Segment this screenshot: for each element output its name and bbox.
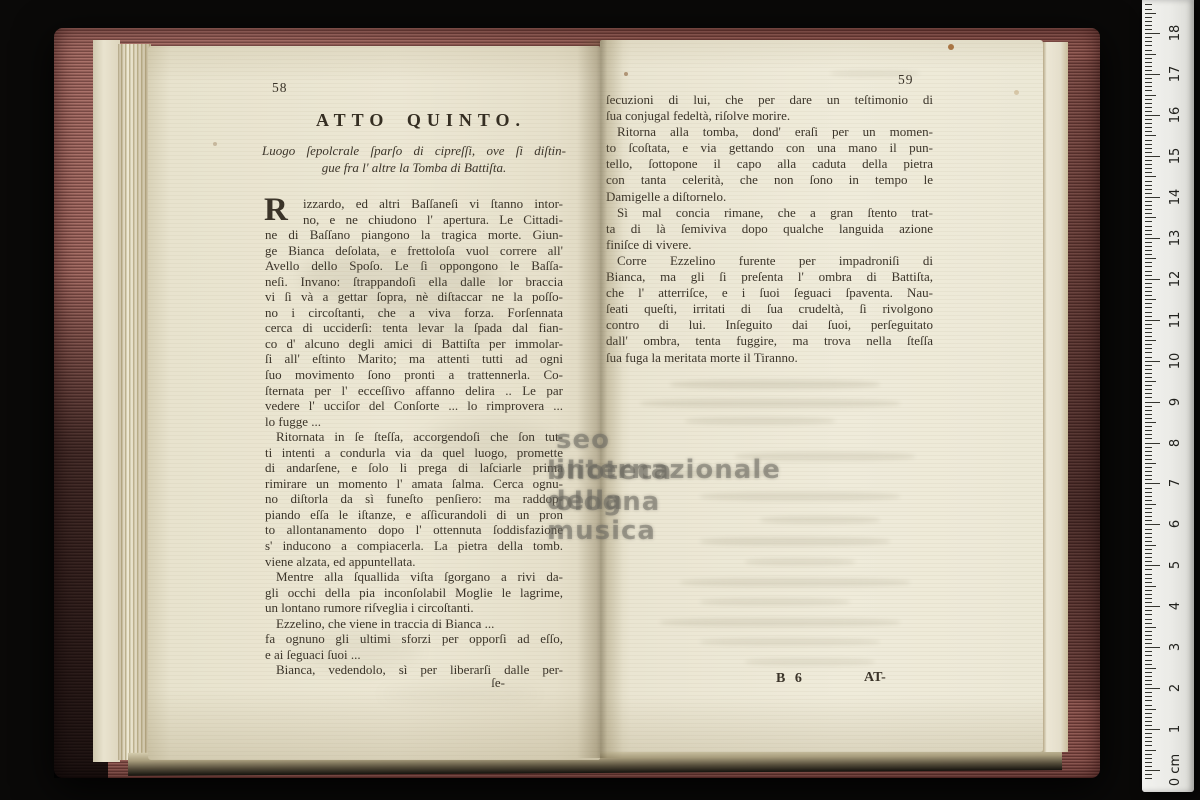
signature-mark: B 6 — [776, 671, 805, 687]
ghost-text-smudge — [745, 558, 855, 566]
ruler-tick — [1145, 488, 1152, 489]
page-edges-left — [118, 44, 151, 760]
text-line: viene alzata, ed appuntellata. — [265, 554, 563, 570]
ruler-tick — [1145, 144, 1152, 145]
ruler-tick — [1145, 287, 1152, 288]
ruler-tick — [1145, 148, 1152, 149]
ruler-tick — [1145, 778, 1152, 779]
ruler-tick — [1145, 549, 1152, 550]
ruler-tick — [1145, 733, 1152, 734]
ruler-tick — [1145, 406, 1152, 407]
text-line: cerca di ucciderſi: tenta levar la ſpada… — [265, 320, 563, 336]
ruler-tick — [1145, 324, 1152, 325]
ruler-tick — [1145, 271, 1152, 272]
ruler-tick — [1145, 729, 1160, 730]
ruler-tick — [1145, 316, 1152, 317]
ruler-tick — [1145, 95, 1156, 96]
foxing-speck — [213, 142, 217, 146]
ruler-tick — [1145, 410, 1152, 411]
ruler-tick — [1145, 33, 1160, 34]
ruler-tick — [1145, 127, 1152, 128]
ruler-tick — [1145, 455, 1152, 456]
ruler-tick — [1145, 496, 1152, 497]
ruler-tick — [1145, 512, 1152, 513]
ruler-tick — [1145, 25, 1152, 26]
ruler-tick — [1145, 250, 1152, 251]
ruler-tick — [1145, 140, 1152, 141]
text-line: to allontanamento dopo l' ottennuta ſodd… — [265, 522, 563, 538]
ruler-tick — [1145, 529, 1152, 530]
ruler-tick — [1145, 160, 1152, 161]
ruler-tick — [1145, 553, 1152, 554]
ruler-tick — [1145, 504, 1156, 505]
ghost-text-smudge — [680, 578, 910, 587]
text-line: piando eſſa le iſtanze, e aſſicurandoli … — [265, 507, 563, 523]
text-line: ti intenti a condurla via da quel luogo,… — [265, 445, 563, 461]
ruler-tick — [1145, 541, 1152, 542]
ghost-text-smudge — [685, 417, 835, 425]
ruler-tick — [1145, 467, 1152, 468]
ruler-tick — [1145, 70, 1152, 71]
ruler-tick — [1145, 422, 1156, 423]
ruler-tick — [1145, 361, 1160, 362]
ruler-tick — [1145, 520, 1152, 521]
ruler-tick — [1145, 66, 1152, 67]
ruler-number: 3 — [1163, 630, 1187, 664]
ruler-tick — [1145, 594, 1152, 595]
ruler-tick — [1145, 766, 1152, 767]
ruler-tick — [1145, 385, 1152, 386]
ruler-tick — [1145, 668, 1156, 669]
ruler-tick — [1145, 471, 1152, 472]
ghost-text-smudge — [660, 618, 900, 627]
ruler-tick — [1145, 508, 1152, 509]
ghost-text-smudge — [640, 399, 900, 408]
ruler-tick — [1145, 717, 1152, 718]
ruler-tick — [1145, 164, 1152, 165]
text-line: vi ſi và a gettar ſopra, nè diſtaccar ne… — [265, 289, 563, 305]
text-line: che l' atterriſce, e i ſuoi ſeguaci ſpav… — [606, 285, 933, 301]
ruler-tick — [1145, 762, 1152, 763]
ruler-tick — [1145, 770, 1160, 771]
ruler-tick — [1145, 582, 1152, 583]
ruler-tick — [1145, 328, 1152, 329]
text-line: rimirare un momento l' amata ſalma. Cerc… — [265, 476, 563, 492]
text-line: neſi. Invano: ſtrappandoſi ella dalle lo… — [265, 274, 563, 290]
ruler-tick — [1145, 90, 1152, 91]
text-line: e ai ſeguaci ſuoi ... — [265, 647, 563, 663]
stage-direction: Luogo ſepolcrale ſparſo di cipreſſi, ove… — [262, 143, 566, 176]
foxing-speck — [948, 44, 954, 50]
ruler-number: 12 — [1163, 262, 1187, 296]
ruler-tick — [1145, 758, 1152, 759]
text-line: fa ognuno gli ultimi sforzi per opporſi … — [265, 631, 563, 647]
ruler-tick — [1145, 17, 1152, 18]
ruler-tick — [1145, 578, 1152, 579]
text-line: no, e ne chiudono l' apertura. Le Cittad… — [265, 212, 563, 228]
ruler-tick — [1145, 291, 1152, 292]
ruler-tick — [1145, 750, 1156, 751]
ruler-tick — [1145, 561, 1152, 562]
text-line: Ritorna alla tomba, dond' eraſi per un m… — [606, 124, 933, 140]
ruler-tick — [1145, 631, 1152, 632]
ruler-tick — [1145, 741, 1152, 742]
text-line: lo fugge ... — [265, 414, 563, 430]
catchword-right: AT- — [864, 670, 886, 686]
ruler-tick — [1145, 606, 1160, 607]
ruler-tick — [1145, 516, 1152, 517]
ruler-tick — [1145, 21, 1152, 22]
ruler-tick — [1145, 172, 1152, 173]
ruler-tick — [1145, 557, 1152, 558]
text-line: ne di Baſſano piangono la tragica morte.… — [265, 227, 563, 243]
ghost-text-smudge — [700, 598, 850, 606]
ruler-tick — [1145, 610, 1152, 611]
ruler-tick — [1145, 242, 1152, 243]
ruler-tick — [1145, 119, 1152, 120]
ruler-tick — [1145, 352, 1152, 353]
ruler-tick — [1145, 193, 1152, 194]
ruler-tick — [1145, 295, 1152, 296]
text-line: gli occhi della pia inconſolabil Moglie … — [265, 585, 563, 601]
ruler-tick — [1145, 475, 1152, 476]
ruler-tick — [1145, 62, 1152, 63]
catchword-left: ſe- — [265, 675, 563, 691]
ruler-tick — [1145, 569, 1152, 570]
flyleaf-edge-right — [1043, 42, 1068, 752]
ruler-tick — [1145, 279, 1160, 280]
ruler-tick — [1145, 336, 1152, 337]
foxing-speck — [624, 72, 628, 76]
ruler-tick — [1145, 357, 1152, 358]
ruler-tick — [1145, 226, 1152, 227]
ruler-tick — [1145, 103, 1152, 104]
ruler-number: 6 — [1163, 507, 1187, 541]
ruler-tick — [1145, 705, 1152, 706]
ruler-tick — [1145, 13, 1156, 14]
stage-direction-line: gue fra l' altre la Tomba di Battiſta. — [262, 160, 566, 177]
ruler-tick — [1145, 590, 1152, 591]
ruler-tick — [1145, 647, 1160, 648]
text-line: ge Bianca deſolata, e frettoloſa vuol co… — [265, 243, 563, 259]
ruler-tick — [1145, 574, 1152, 575]
text-line: Corre Ezzelino furente per impadroniſi d… — [606, 253, 933, 269]
ruler-tick — [1145, 283, 1152, 284]
page-number-right: 59 — [898, 72, 914, 88]
ruler-tick — [1145, 426, 1152, 427]
text-line: Bianca, ma gli ſi preſenta l' ombra di B… — [606, 269, 933, 285]
ruler-tick — [1145, 156, 1160, 157]
ruler-tick — [1145, 185, 1152, 186]
ruler-tick — [1145, 672, 1152, 673]
ruler-tick — [1145, 684, 1152, 685]
flyleaf-edge-left — [93, 40, 120, 762]
ruler-number: 5 — [1163, 548, 1187, 582]
ruler-tick — [1145, 565, 1160, 566]
ruler-number: 13 — [1163, 221, 1187, 255]
ghost-text-smudge — [700, 638, 880, 646]
ruler-tick — [1145, 307, 1152, 308]
ruler-tick — [1145, 189, 1152, 190]
left-page-body: izzardo, ed altri Baſſaneſi vi ſtanno in… — [265, 196, 563, 678]
text-line: ſecuzioni di lui, che per dare un teſtim… — [606, 92, 933, 108]
text-line: ſeati queſti, irritati di ſua crudeltà, … — [606, 301, 933, 317]
ruler-tick — [1145, 500, 1152, 501]
ruler-tick — [1145, 754, 1152, 755]
ruler-tick — [1145, 37, 1152, 38]
stage-direction-line: Luogo ſepolcrale ſparſo di cipreſſi, ove… — [262, 143, 566, 160]
ruler-tick — [1145, 365, 1152, 366]
ruler-tick — [1145, 586, 1156, 587]
ruler-tick — [1145, 774, 1152, 775]
ruler-tick — [1145, 115, 1160, 116]
ruler-tick — [1145, 537, 1152, 538]
ruler-tick — [1145, 266, 1152, 267]
ruler-tick — [1145, 213, 1152, 214]
ruler-tick — [1145, 651, 1152, 652]
ruler-tick — [1145, 123, 1152, 124]
ruler-tick — [1145, 533, 1152, 534]
ruler-tick — [1145, 709, 1156, 710]
ruler-tick — [1145, 393, 1152, 394]
right-page-body: ſecuzioni di lui, che per dare un teſtim… — [606, 92, 933, 366]
text-line: ſternata per l' ecceſſivo affanno delira… — [265, 383, 563, 399]
ghost-text-smudge — [655, 470, 775, 478]
ruler-tick — [1145, 660, 1152, 661]
ruler-number: 11 — [1163, 303, 1187, 337]
ruler-tick — [1145, 430, 1152, 431]
ruler-tick — [1145, 246, 1152, 247]
ruler-number: 7 — [1163, 466, 1187, 500]
ruler-tick — [1145, 152, 1152, 153]
ruler-tick — [1145, 700, 1152, 701]
ruler-tick — [1145, 54, 1156, 55]
ruler-tick — [1145, 181, 1152, 182]
ruler-tick — [1145, 397, 1152, 398]
ruler-tick — [1145, 737, 1152, 738]
ruler: 0 cm123456789101112131415161718 — [1142, 0, 1194, 792]
ruler-tick — [1145, 332, 1152, 333]
ruler-number: 2 — [1163, 671, 1187, 705]
ruler-tick — [1145, 312, 1152, 313]
ruler-tick — [1145, 373, 1152, 374]
foxing-speck — [1014, 90, 1019, 95]
ruler-number: 9 — [1163, 385, 1187, 419]
ruler-tick — [1145, 201, 1152, 202]
ghost-text-smudge — [700, 537, 890, 546]
ruler-tick — [1145, 275, 1152, 276]
ruler-tick — [1145, 443, 1160, 444]
text-line: Ritornata in ſe ſteſſa, accorgendoſi che… — [265, 429, 563, 445]
ruler-tick — [1145, 111, 1152, 112]
text-line: Damigelle a diſtornelo. — [606, 189, 933, 205]
ruler-tick — [1145, 434, 1152, 435]
ruler-tick — [1145, 303, 1152, 304]
ruler-tick — [1145, 459, 1152, 460]
text-line: ta di là ſemiviva dopo qualche languida … — [606, 221, 933, 237]
ruler-number: 15 — [1163, 139, 1187, 173]
ruler-tick — [1145, 598, 1152, 599]
ruler-tick — [1145, 619, 1152, 620]
ruler-tick — [1145, 58, 1152, 59]
ruler-tick — [1145, 344, 1152, 345]
ruler-tick — [1145, 745, 1152, 746]
text-line: con tanta celerità, che non ſono in temp… — [606, 172, 933, 188]
ghost-text-smudge — [760, 516, 880, 524]
ruler-tick — [1145, 4, 1152, 5]
ruler-number: 16 — [1163, 98, 1187, 132]
ruler-tick — [1145, 696, 1152, 697]
ruler-tick — [1145, 483, 1160, 484]
photo-scene: 58 ATTO QUINTO. Luogo ſepolcrale ſparſo … — [0, 0, 1200, 800]
ruler-number: 4 — [1163, 589, 1187, 623]
ruler-tick — [1145, 451, 1152, 452]
ruler-tick — [1145, 639, 1152, 640]
text-line: Avello dello Spoſo. Le ſi oppongono le B… — [265, 258, 563, 274]
ghost-text-smudge — [735, 452, 915, 461]
ruler-tick — [1145, 197, 1160, 198]
ruler-number: 1 — [1163, 712, 1187, 746]
ruler-number: 14 — [1163, 180, 1187, 214]
ruler-tick — [1145, 614, 1152, 615]
ruler-tick — [1145, 176, 1156, 177]
ruler-tick — [1145, 82, 1152, 83]
ruler-tick — [1145, 627, 1156, 628]
ruler-tick — [1145, 99, 1152, 100]
ruler-tick — [1145, 725, 1152, 726]
ruler-tick — [1145, 262, 1152, 263]
ruler-tick — [1145, 643, 1152, 644]
ruler-tick — [1145, 320, 1160, 321]
ruler-tick — [1145, 602, 1152, 603]
right-page: 59 ſecuzioni di lui, che per dare un teſ… — [600, 40, 1043, 752]
ruler-tick — [1145, 381, 1156, 382]
text-line: un lontano rumore riſveglia i circoſtant… — [265, 600, 563, 616]
ruler-number: 10 — [1163, 344, 1187, 378]
ruler-tick — [1145, 45, 1152, 46]
ruler-tick — [1145, 389, 1152, 390]
ruler-tick — [1145, 545, 1156, 546]
act-heading: ATTO QUINTO. — [270, 110, 572, 131]
ruler-tick — [1145, 414, 1152, 415]
ruler-tick — [1145, 664, 1152, 665]
ruler-tick — [1145, 50, 1152, 51]
ghost-text-smudge — [745, 658, 875, 666]
ghost-text-smudge — [670, 380, 880, 389]
ruler-tick — [1145, 447, 1152, 448]
ruler-tick — [1145, 258, 1156, 259]
page-number-left: 58 — [272, 80, 288, 96]
text-line: no diſtorla da sì funeſto penſiero: ma r… — [265, 491, 563, 507]
cover-shadow-right — [1062, 60, 1102, 700]
text-line: ſua fuga la meritata morte il Tiranno. — [606, 350, 933, 366]
ruler-tick — [1145, 107, 1152, 108]
ruler-tick — [1145, 209, 1152, 210]
text-line: dall' ombra, tenta fuggire, ma trova nel… — [606, 333, 933, 349]
ruler-tick — [1145, 377, 1152, 378]
ruler-tick — [1145, 524, 1160, 525]
ruler-tick — [1145, 369, 1152, 370]
ruler-number: 18 — [1163, 16, 1187, 50]
ruler-tick — [1145, 479, 1152, 480]
text-line: co d' alcuno degli amici di Battiſta per… — [265, 336, 563, 352]
ruler-number: 0 cm — [1163, 753, 1187, 787]
text-line: ſuo movimento ſono pronti a trattennerla… — [265, 367, 563, 383]
ruler-tick — [1145, 221, 1152, 222]
ruler-tick — [1145, 205, 1152, 206]
text-line: ſi all' eſtinto Marito; ma attenti tutti… — [265, 351, 563, 367]
text-line: Ezzelino, che viene in traccia di Bianca… — [265, 616, 563, 632]
text-line: s' inducono a compiacerla. La pietra del… — [265, 538, 563, 554]
ruler-tick — [1145, 348, 1152, 349]
ghost-text-smudge — [700, 492, 900, 501]
ruler-tick — [1145, 234, 1152, 235]
ruler-tick — [1145, 238, 1160, 239]
ruler-tick — [1145, 418, 1152, 419]
ruler-tick — [1145, 135, 1156, 136]
ruler-tick — [1145, 78, 1152, 79]
ruler-tick — [1145, 9, 1152, 10]
text-line: izzardo, ed altri Baſſaneſi vi ſtanno in… — [265, 196, 563, 212]
ruler-tick — [1145, 692, 1152, 693]
ruler-tick — [1145, 131, 1152, 132]
text-line: Mentre alla ſquallida viſta ſgorgano a r… — [265, 569, 563, 585]
ruler-tick — [1145, 86, 1152, 87]
ruler-number: 8 — [1163, 426, 1187, 460]
ruler-tick — [1145, 463, 1156, 464]
text-line: di andarſene, e ſolo li prega di laſciar… — [265, 460, 563, 476]
ruler-tick — [1145, 29, 1152, 30]
ruler-tick — [1145, 713, 1152, 714]
text-line: ſua conjugal fedeltà, riſolve morire. — [606, 108, 933, 124]
ruler-tick — [1145, 635, 1152, 636]
ruler-tick — [1145, 721, 1152, 722]
ruler-tick — [1145, 41, 1152, 42]
ruler-tick — [1145, 676, 1152, 677]
ruler-number: 17 — [1163, 57, 1187, 91]
text-line: finiſce di vivere. — [606, 237, 933, 253]
ruler-tick — [1145, 492, 1152, 493]
ruler-tick — [1145, 299, 1156, 300]
ruler-tick — [1145, 655, 1152, 656]
ruler-tick — [1145, 254, 1152, 255]
text-line: no i circoſtanti, che a viva forza. Forſ… — [265, 305, 563, 321]
text-line: contro di lui. Inſeguito dai ſuoi, perſe… — [606, 317, 933, 333]
ruler-tick — [1145, 340, 1156, 341]
ruler-tick — [1145, 680, 1152, 681]
left-page: 58 ATTO QUINTO. Luogo ſepolcrale ſparſo … — [148, 46, 600, 760]
ruler-tick — [1145, 402, 1160, 403]
ruler-tick — [1145, 688, 1160, 689]
text-line: tello, ſottopone il capo alla caduta del… — [606, 156, 933, 172]
ruler-tick — [1145, 168, 1152, 169]
text-line: Sì mal concia rimane, che a gran ſtento … — [606, 205, 933, 221]
ruler-tick — [1145, 438, 1152, 439]
ruler-tick — [1145, 217, 1156, 218]
text-line: vedere l' ucciſor del Conſorte ... lo ri… — [265, 398, 563, 414]
ruler-tick — [1145, 74, 1160, 75]
ruler-tick — [1145, 623, 1152, 624]
ruler-tick — [1145, 230, 1152, 231]
text-line: to ſcoſtata, e via gettando con una mano… — [606, 140, 933, 156]
